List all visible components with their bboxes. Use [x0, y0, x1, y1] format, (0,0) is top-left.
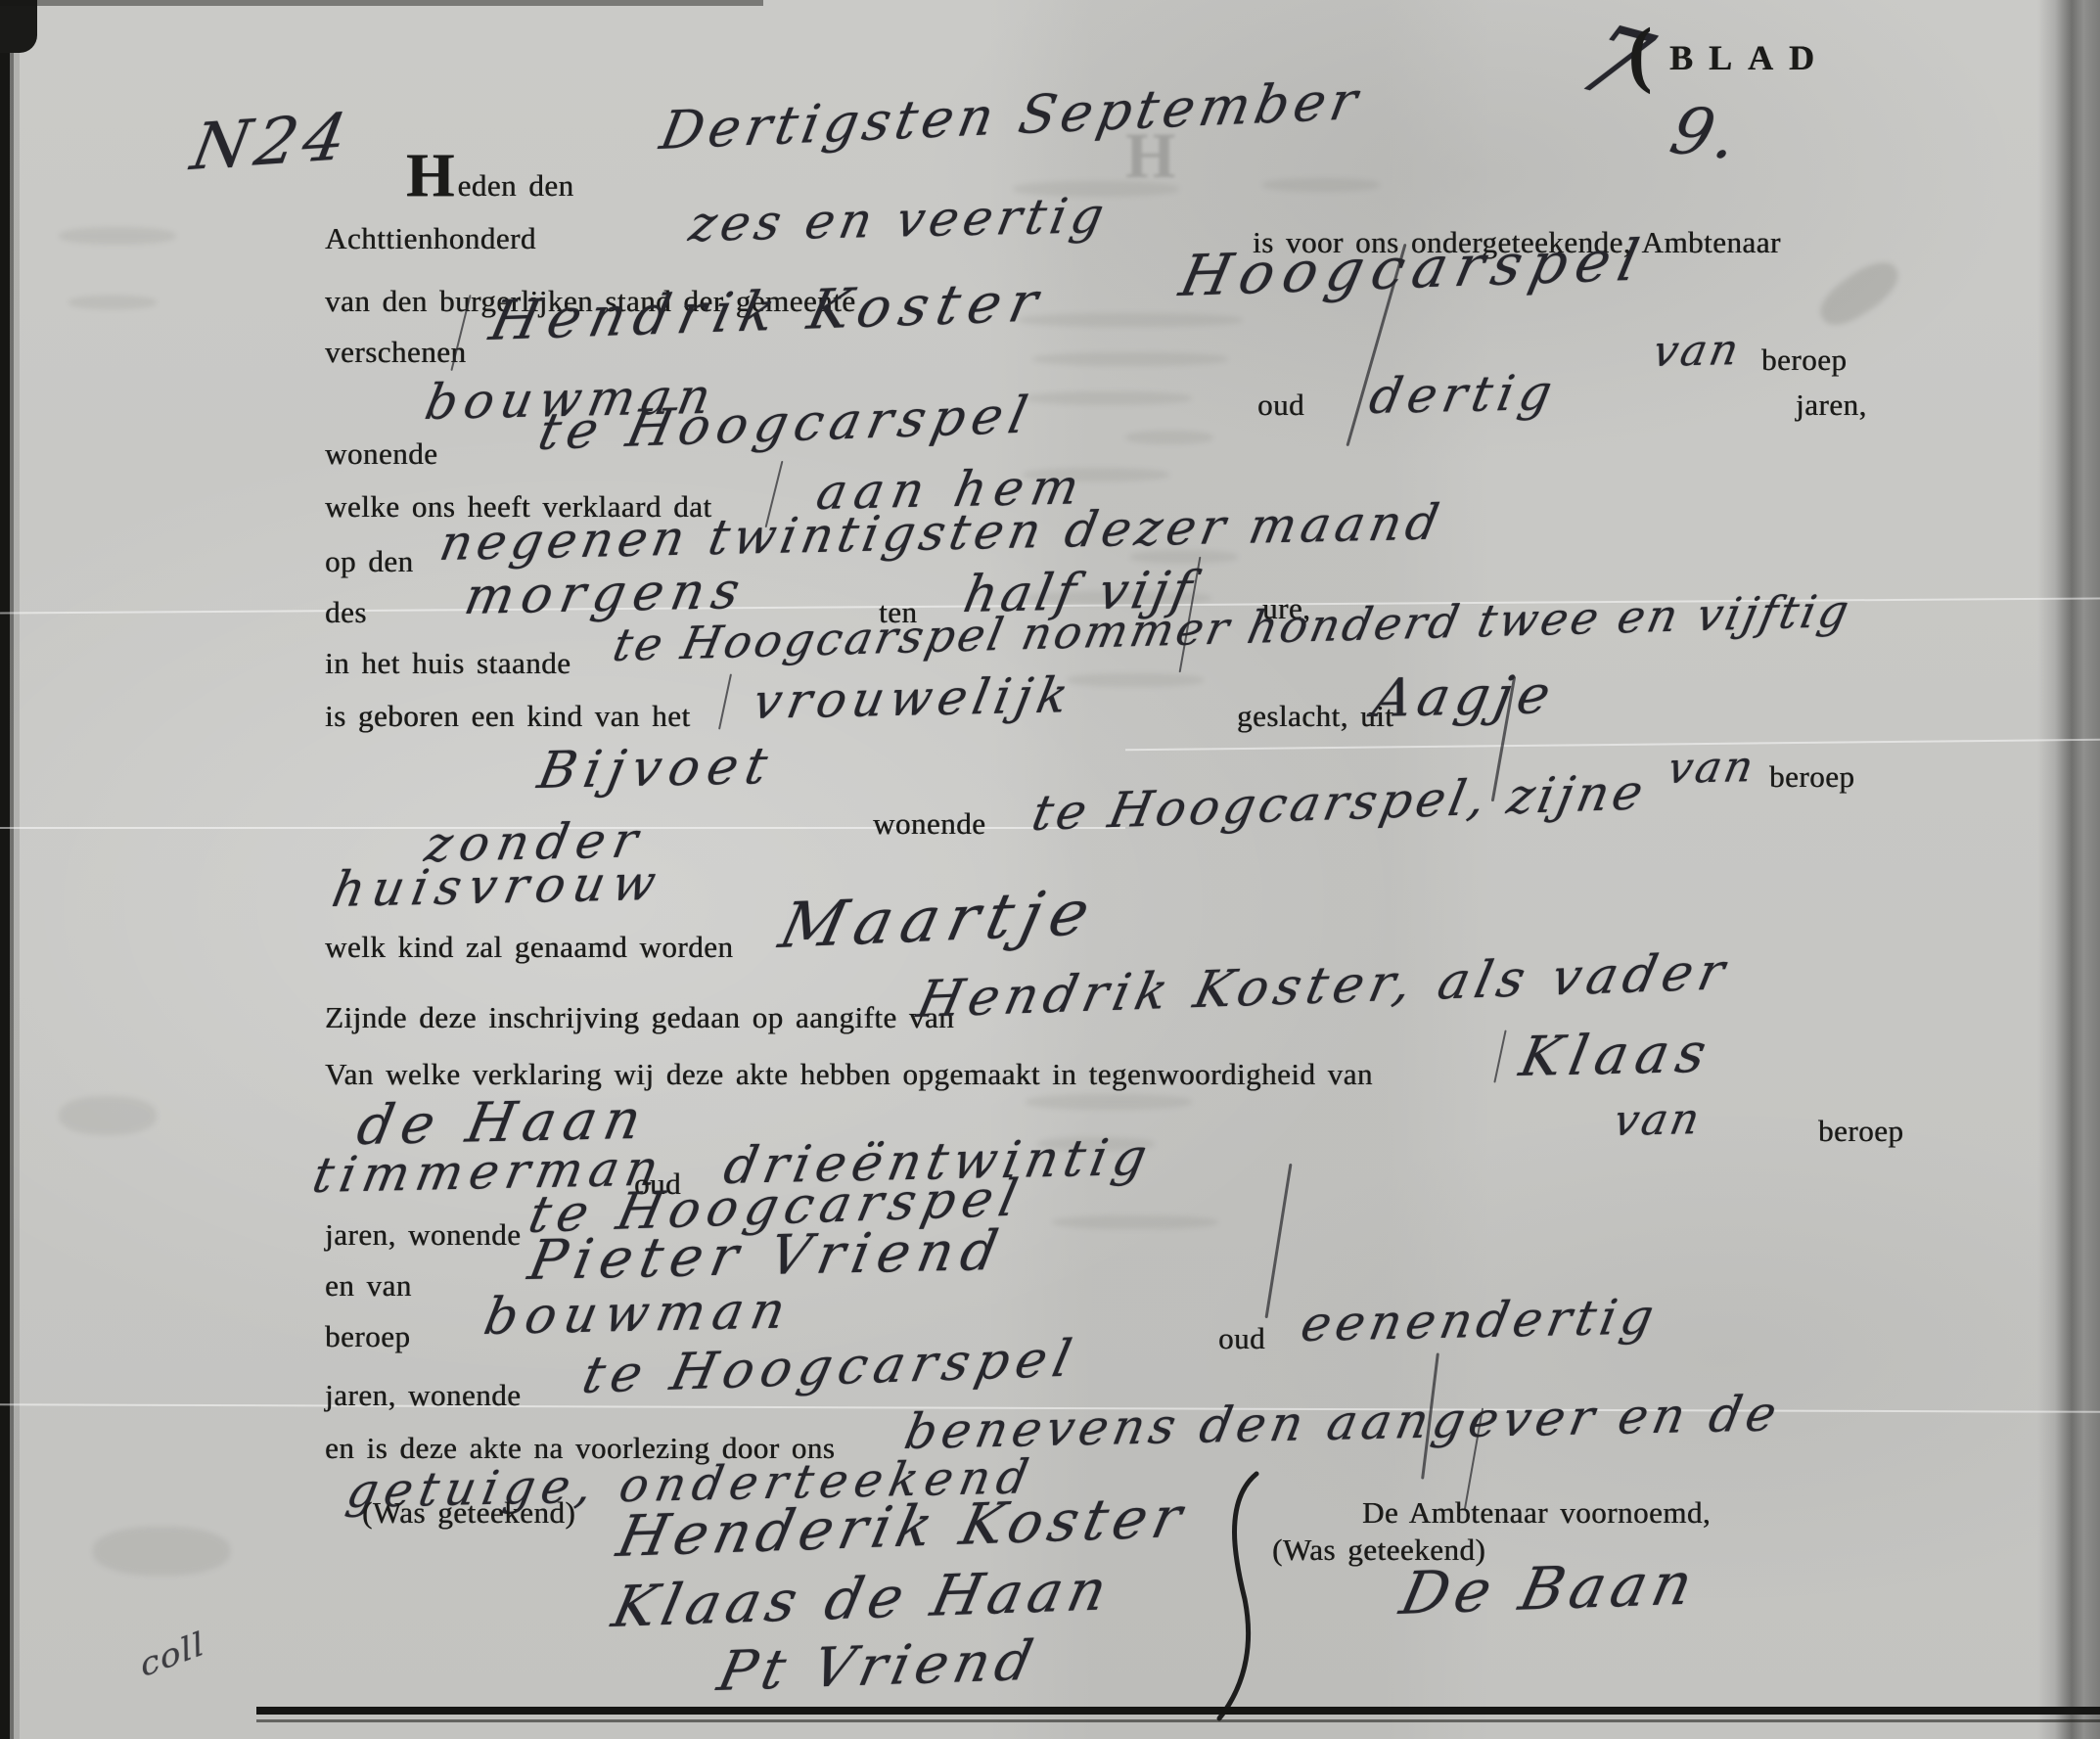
form-label-beroep: beroep — [1761, 343, 1847, 378]
bottom-rule — [256, 1707, 2100, 1715]
bleed-smudge — [59, 1096, 157, 1135]
scan-right-edge — [2037, 0, 2100, 1739]
form-label-oud: oud — [1218, 1321, 1265, 1356]
ink-flourish — [718, 673, 732, 729]
form-label-beroep: beroep — [1769, 759, 1854, 795]
bleed-smudge — [1125, 431, 1213, 444]
van-written: van — [1610, 1094, 1707, 1146]
bottom-rule-thin — [256, 1719, 2100, 1722]
form-label-beroep: beroep — [325, 1319, 410, 1354]
form-label-genaamd-worden: welk kind zal genaamd worden — [325, 930, 733, 965]
form-label-jaren: jaren, — [1796, 388, 1867, 423]
witness2-age-written: eenendertig — [1297, 1288, 1663, 1352]
bleed-smudge — [1067, 673, 1204, 687]
scan-top-edge — [0, 0, 763, 6]
bleed-smudge — [1026, 391, 1192, 405]
scan-corner-mark — [0, 0, 37, 53]
birth-address-written: te Hoogcarspel nommer honderd twee en vi… — [609, 584, 1856, 671]
paper-crease — [1125, 739, 2100, 751]
form-label-achttienhonderd: Achttienhonderd — [325, 221, 536, 256]
municipality-written: Hoogcarspel — [1174, 227, 1653, 309]
ink-flourish — [1265, 1164, 1293, 1318]
mother-residence-written: te Hoogcarspel, zijne — [1027, 763, 1652, 842]
signature-witness2: Pt Vriend — [712, 1629, 1044, 1704]
bleed-smudge — [1032, 352, 1228, 366]
bleed-smudge — [1018, 313, 1243, 327]
child-sex-written: vrouwelijk — [749, 666, 1078, 730]
witness2-occupation-written: bouwman — [479, 1281, 798, 1347]
blad-stamp: BLAD — [1669, 37, 1830, 78]
bleed-smudge — [59, 227, 176, 245]
form-label-beroep: beroep — [1818, 1114, 1903, 1149]
signature-brace — [1206, 1470, 1274, 1724]
form-label-aangifte: Zijnde deze inschrijving gedaan op aangi… — [325, 1000, 954, 1035]
form-label-des: des — [325, 595, 367, 630]
van-written: van — [1664, 742, 1760, 794]
van-written: van — [1649, 325, 1746, 377]
bleed-smudge — [68, 296, 157, 309]
bleed-smudge — [1052, 1215, 1218, 1229]
form-label-jaren-wonende: jaren, wonende — [325, 1378, 521, 1413]
bleed-smudge — [1026, 1094, 1192, 1110]
pencil-scribble — [1812, 252, 1907, 335]
witness1-firstname-written: Klaas — [1515, 1022, 1719, 1089]
mother-firstname-written: Aagje — [1368, 664, 1561, 729]
signature-witness1: Klaas de Haan — [607, 1556, 1118, 1640]
date-day-month-written: Dertigsten September — [656, 69, 1367, 161]
form-label-wonende: wonende — [325, 436, 437, 472]
collation-mark: coll — [137, 1625, 208, 1685]
scan-left-edge — [0, 0, 20, 1739]
informant-written: Hendrik Koster, als vader — [912, 942, 1735, 1030]
bleed-smudge — [93, 1527, 230, 1576]
form-label-huis-staande: in het huis staande — [325, 646, 571, 681]
year-written: zes en veertig — [685, 187, 1114, 252]
declarant-age-written: dertig — [1365, 364, 1563, 425]
bleed-smudge — [1262, 178, 1380, 192]
mother-surname-written: Bijvoet — [533, 737, 780, 801]
form-label-wonende: wonende — [873, 806, 985, 842]
mother-status-written: huisvrouw — [328, 854, 668, 918]
registrar-title: De Ambtenaar voornoemd, — [1362, 1495, 1711, 1531]
blad-bracket: ( — [1628, 12, 1652, 97]
ink-flourish — [1493, 1030, 1506, 1082]
form-label-verschenen: verschenen — [325, 335, 466, 370]
birth-certificate-scan: N24 7 ( BLAD 9. H Heden den Dertigsten S… — [0, 0, 2100, 1739]
form-label-oud: oud — [1257, 388, 1304, 423]
form-label-jaren-wonende: jaren, wonende — [325, 1217, 521, 1253]
form-label-tegenwoordigheid: Van welke verklaring wij deze akte hebbe… — [325, 1057, 1373, 1092]
form-label-en-van: en van — [325, 1268, 412, 1304]
margin-flourish-mark: 9. — [1664, 92, 1748, 174]
form-label-geboren-kind: is geboren een kind van het — [325, 699, 691, 734]
form-label-heden-den: Heden den — [406, 139, 573, 211]
was-geteekend-label-left: (Was geteekend) — [362, 1495, 575, 1531]
child-name-written: Maartje — [773, 877, 1105, 963]
act-number: N24 — [186, 99, 358, 185]
form-label-op-den: op den — [325, 544, 414, 579]
signature-registrar: De Baan — [1394, 1550, 1704, 1628]
